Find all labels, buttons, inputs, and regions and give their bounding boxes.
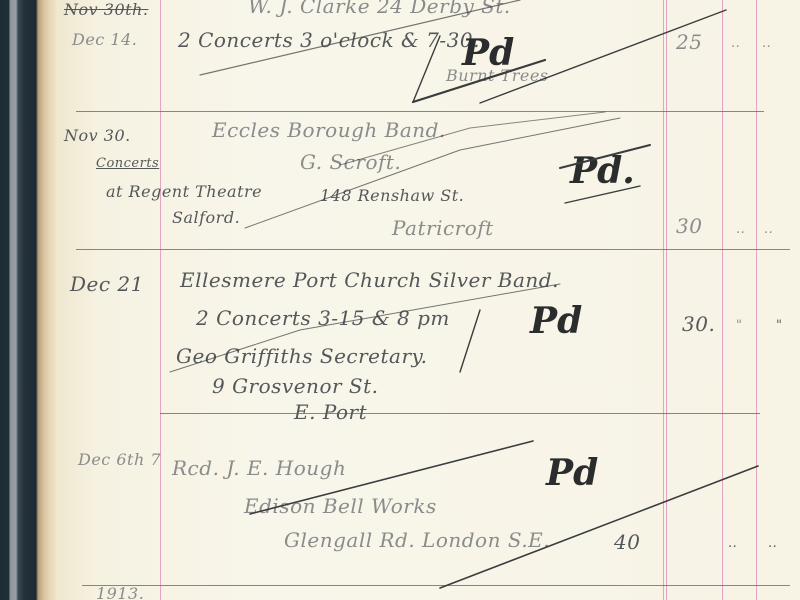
entry-line: 9 Grosvenor St.	[212, 374, 379, 398]
entry-line: Ellesmere Port Church Silver Band.	[180, 268, 559, 292]
entry-line: Glengall Rd. London S.E.	[284, 528, 550, 552]
entry-divider	[76, 249, 790, 250]
entry-amount-pence: "	[776, 318, 782, 333]
entry-amount-shillings: "	[736, 318, 742, 333]
amount-column-rule-left-double	[666, 0, 667, 600]
entry-line: Patricroft	[392, 216, 494, 240]
entry-date: Dec 21	[70, 272, 144, 296]
entry-amount-pounds: 40	[614, 530, 640, 554]
entry-line: 148 Renshaw St.	[320, 186, 464, 205]
entry-line: Edison Bell Works	[244, 494, 437, 518]
entry-date: Nov 30.	[64, 126, 131, 145]
margin-rule	[160, 0, 161, 600]
entry-amount-shillings: ..	[728, 536, 737, 551]
paid-mark: Pd	[530, 300, 582, 342]
paid-mark: Pd	[462, 32, 514, 74]
entry-line: Rcd. J. E. Hough	[172, 456, 346, 480]
entry-amount-pence: ..	[764, 222, 773, 237]
paid-mark: Pd	[546, 452, 598, 494]
pence-column-rule	[756, 0, 757, 600]
entry-date-note: Concerts	[96, 156, 159, 171]
entry-date-note: Salford.	[172, 208, 240, 227]
entry-amount-pence: ..	[762, 36, 771, 51]
entry-amount-pence: ..	[768, 536, 777, 551]
amount-column-rule-left	[663, 0, 664, 600]
entry-amount-shillings: ..	[736, 222, 745, 237]
entry-divider	[76, 111, 764, 112]
entry-date-note: at Regent Theatre	[106, 182, 262, 201]
entry-amount-shillings: ..	[731, 36, 740, 51]
entry-line: 2 Concerts 3 o'clock & 7-30.	[178, 28, 480, 52]
year-label: 1913.	[96, 584, 144, 600]
entry-date: Dec 14.	[72, 30, 137, 49]
entry-line: Eccles Borough Band.	[212, 118, 446, 142]
entry-date: Dec 6th 7	[78, 450, 161, 469]
entry-line: W. J. Clarke 24 Derby St.	[248, 0, 511, 18]
entry-line: E. Port	[294, 400, 367, 424]
entry-divider	[82, 585, 790, 586]
shillings-column-rule	[722, 0, 723, 600]
entry-line: G. Scroft.	[300, 150, 401, 174]
entry-line: Geo Griffiths Secretary.	[176, 344, 428, 368]
paid-mark: Pd.	[570, 150, 635, 192]
entry-line: 2 Concerts 3-15 & 8 pm	[196, 306, 450, 330]
entry-amount-pounds: 30	[676, 214, 702, 238]
entry-date-struck: Nov 30th.	[64, 0, 148, 19]
entry-amount-pounds: 25	[676, 30, 702, 54]
book-binding	[0, 0, 58, 600]
entry-amount-pounds: 30.	[682, 312, 715, 336]
entry-divider	[160, 413, 760, 414]
